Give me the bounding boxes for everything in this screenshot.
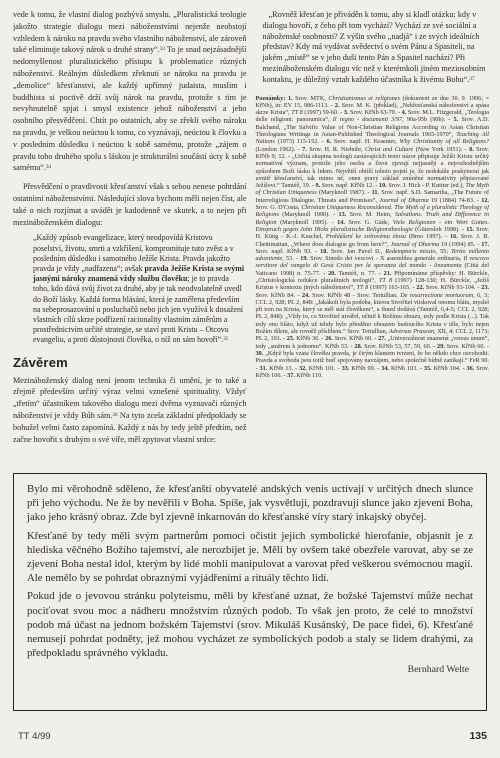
blockquote-christian-question: „Rovněž křesťan je přiváděn k tomu, aby … [263, 10, 490, 86]
quote-attribution: Bernhard Welte [27, 664, 473, 675]
quote-paragraph-2: Křesťané by tedy měli svým partnerům pom… [27, 529, 473, 586]
paragraph-conclusion: Mezináboženský dialog není jenom technik… [13, 375, 247, 446]
right-column: „Rovněž křesťan je přiváděn k tomu, aby … [256, 9, 490, 471]
quote-paragraph-1: Bylo mi věrohodně sděleno, že křesťanští… [27, 482, 473, 525]
boxed-quote-welte: Bylo mi věrohodně sděleno, že křesťanští… [13, 473, 487, 711]
two-column-text-area: vede k tomu, že vlastní dialog pozbývá s… [13, 9, 489, 471]
section-heading-zaverem: Závěrem [13, 355, 247, 370]
paragraph-pluralistic-theology: vede k tomu, že vlastní dialog pozbývá s… [13, 9, 247, 174]
quote-paragraph-3: Pokud jde o jevovou stránku polyteismu, … [27, 589, 473, 660]
journal-page: vede k tomu, že vlastní dialog pozbývá s… [0, 0, 500, 758]
footnotes: Poznámky: 1. Srov. MTK, Christianismus e… [256, 95, 490, 380]
left-column: vede k tomu, že vlastní dialog pozbývá s… [13, 9, 247, 471]
journal-issue: TT 4/99 [18, 731, 51, 742]
blockquote-evangelization: „Každý způsob evangelizace, který neodpo… [33, 233, 245, 345]
paragraph-conviction: Přesvědčení o pravdivosti křesťanství vš… [13, 181, 247, 228]
page-number: 135 [469, 730, 487, 742]
